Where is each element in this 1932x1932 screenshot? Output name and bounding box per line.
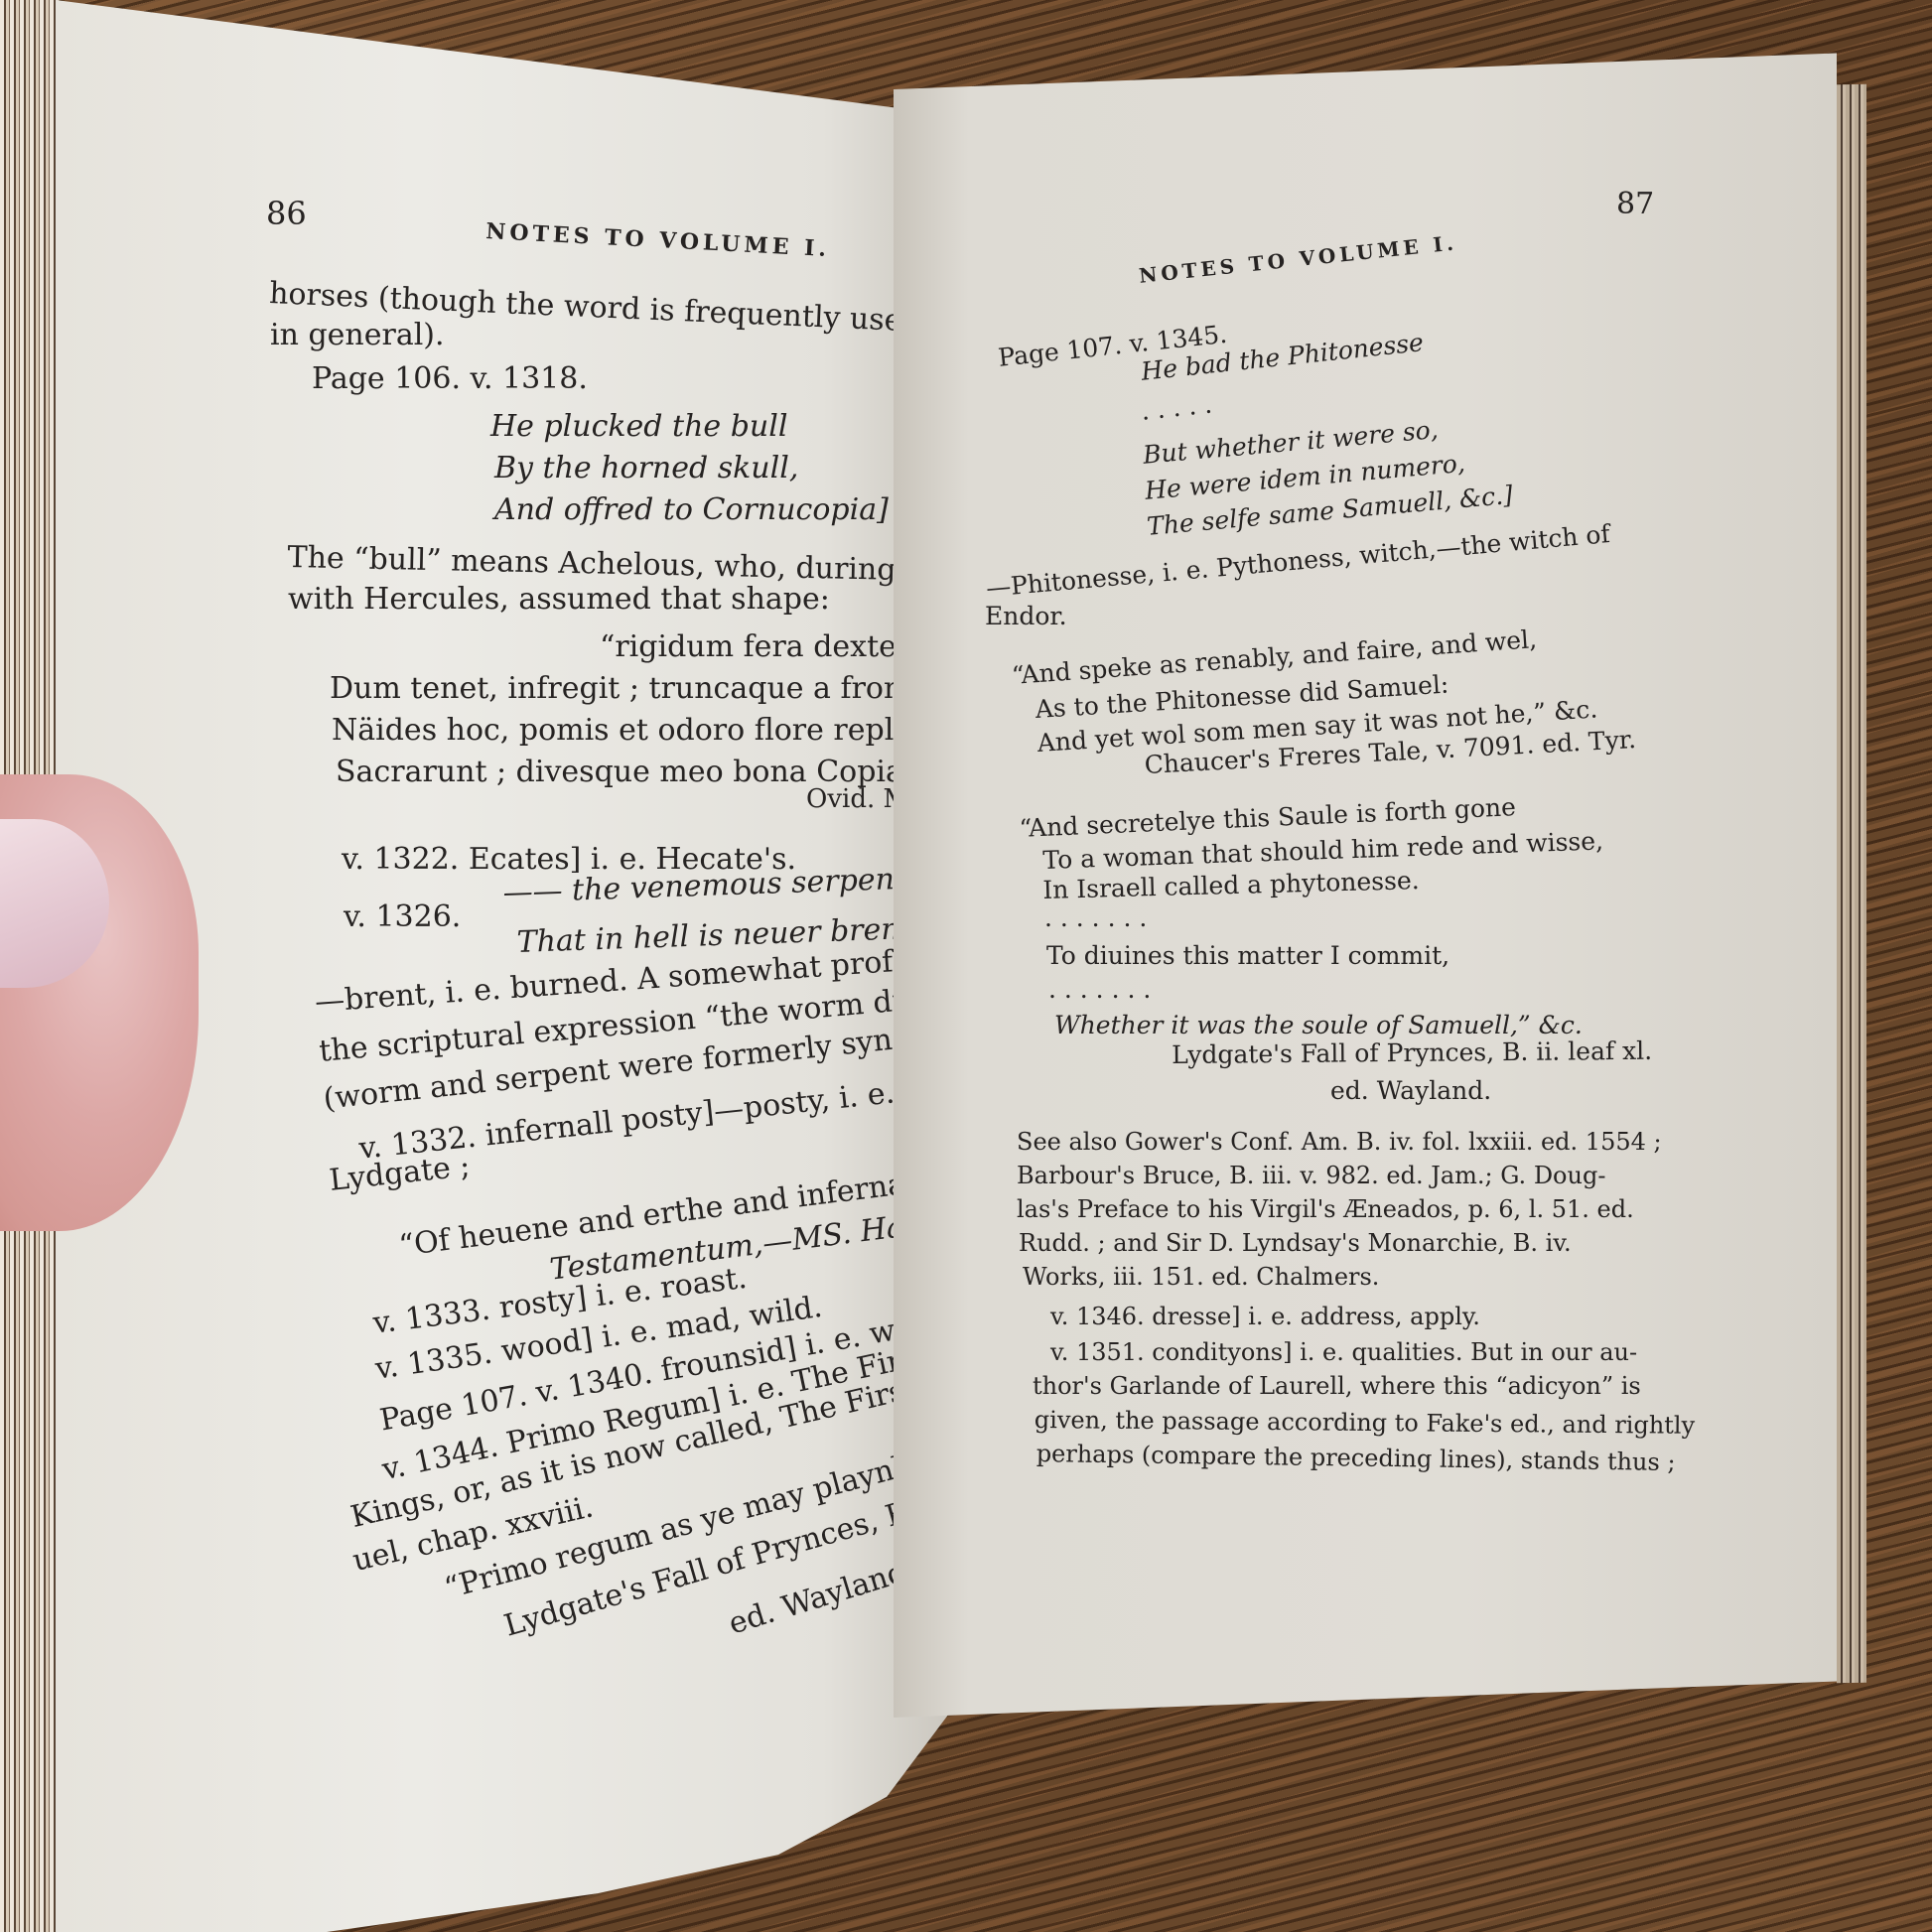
right-line-23: las's Preface to his Virgil's Æneados, p… bbox=[1017, 1195, 1634, 1223]
right-line-30: perhaps (compare the preceding lines), s… bbox=[1036, 1440, 1676, 1476]
right-line-27: v. 1351. condityons] i. e. qualities. Bu… bbox=[1050, 1338, 1637, 1366]
right-page-number: 87 bbox=[1616, 187, 1654, 221]
right-line-26: v. 1346. dresse] i. e. address, apply. bbox=[1050, 1303, 1480, 1330]
right-line-29: given, the passage according to Fake's e… bbox=[1035, 1406, 1695, 1440]
right-line-6: —Phitonesse, i. e. Pythoness, witch,—the… bbox=[985, 519, 1611, 603]
right-line-28: thor's Garlande of Laurell, where this “… bbox=[1033, 1372, 1641, 1400]
right-line-17: . . . . . . . bbox=[1048, 975, 1151, 1004]
thumbnail bbox=[0, 819, 109, 988]
right-line-24: Rudd. ; and Sir D. Lyndsay's Monarchie, … bbox=[1019, 1229, 1572, 1257]
right-line-18: Whether it was the soule of Samuell,” &c… bbox=[1054, 1011, 1583, 1039]
right-line-22: Barbour's Bruce, B. iii. v. 982. ed. Jam… bbox=[1017, 1162, 1605, 1189]
book: 86 NOTES TO VOLUME I. horses (though the… bbox=[0, 0, 1866, 1932]
right-line-21: See also Gower's Conf. Am. B. iv. fol. l… bbox=[1017, 1128, 1662, 1156]
right-page-text: 87 NOTES TO VOLUME I. Page 107. v. 1345.… bbox=[0, 0, 1932, 1932]
right-line-16: To diuines this matter I commit, bbox=[1046, 941, 1449, 970]
right-line-20: ed. Wayland. bbox=[1330, 1076, 1491, 1105]
right-line-15: . . . . . . . bbox=[1044, 903, 1147, 932]
right-line-7: Endor. bbox=[985, 602, 1067, 630]
right-line-2: . . . . . bbox=[1140, 390, 1213, 426]
right-line-19: Lydgate's Fall of Prynces, B. ii. leaf x… bbox=[1172, 1036, 1652, 1069]
right-line-25: Works, iii. 151. ed. Chalmers. bbox=[1023, 1263, 1379, 1291]
right-running-head: NOTES TO VOLUME I. bbox=[1138, 230, 1458, 288]
